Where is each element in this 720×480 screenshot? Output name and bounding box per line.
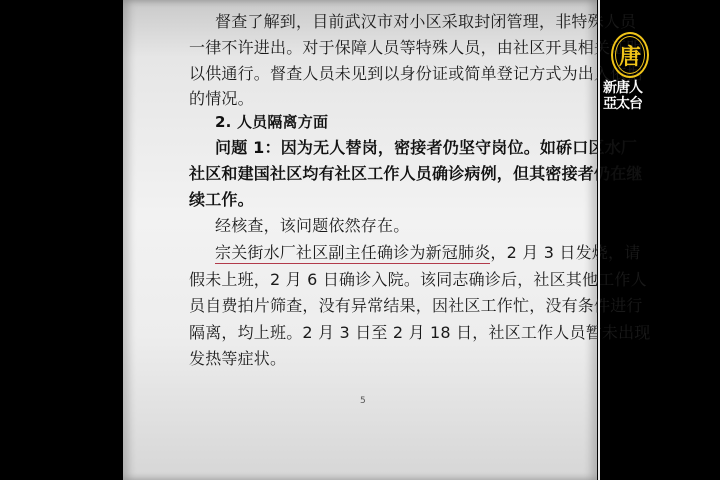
paragraph-line: 假未上班，2 月 6 日确诊入院。该同志确诊后，社区其他工作人 [189,270,647,290]
logo-text: 新唐人 亞太台 [603,80,663,112]
logo-emblem-icon: 唐 [611,32,649,78]
paragraph-line: 经核查，该问题依然存在。 [215,216,409,236]
page-number: 5 [360,396,366,406]
paragraph-line: 宗关街水厂社区副主任确诊为新冠肺炎，2 月 3 日发烧，请 [215,243,640,263]
paragraph-line: 一律不许进出。对于保障人员等特殊人员，由社区开具相关证明 [189,38,643,58]
channel-logo: 唐 新唐人 亞太台 [603,32,659,116]
logo-line-2: 亞太台 [603,96,663,112]
issue-line: 社区和建国社区均有社区工作人员确诊病例，但其密接者仍在继 [189,164,643,184]
paragraph-line: 发热等症状。 [189,349,286,369]
paragraph-text: ，2 月 3 日发烧，请 [490,243,640,262]
paragraph-line: 隔离，均上班。2 月 3 日至 2 月 18 日，社区工作人员暂未出现 [189,323,651,343]
paragraph-line: 以供通行。督查人员未见到以身份证或简单登记方式为出入依据 [189,64,643,84]
paragraph-line: 员自费拍片筛查，没有异常结果，因社区工作忙，没有条件进行 [189,296,643,316]
document-page: 督查了解到，目前武汉市对小区采取封闭管理，非特殊人员 一律不许进出。对于保障人员… [123,0,597,480]
logo-emblem-char: 唐 [615,36,645,74]
issue-line: 续工作。 [189,190,254,210]
underlined-highlight: 宗关街水厂社区副主任确诊为新冠肺炎 [215,243,490,264]
paragraph-line: 的情况。 [189,89,254,109]
paragraph-line: 督查了解到，目前武汉市对小区采取封闭管理，非特殊人员 [215,12,636,32]
section-heading: 2. 人员隔离方面 [215,112,328,132]
logo-line-1: 新唐人 [603,80,663,96]
issue-line: 问题 1：因为无人替岗，密接者仍坚守岗位。如硚口区水厂 [215,138,637,158]
